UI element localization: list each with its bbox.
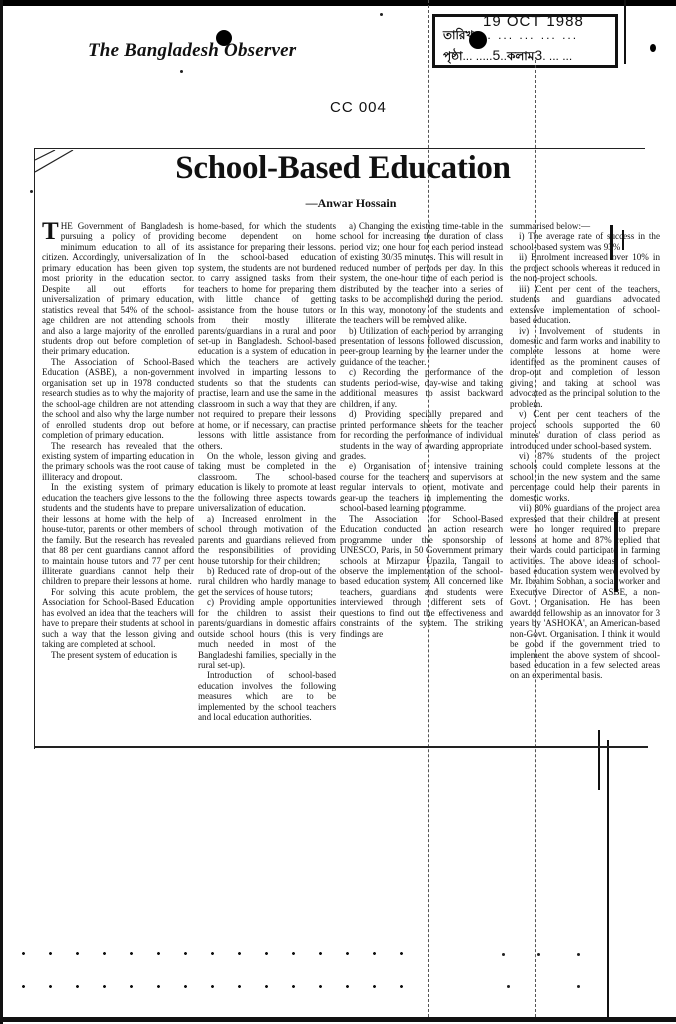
drop-cap: T xyxy=(42,222,59,242)
paragraph: THE Government of Bangladesh is pursuing… xyxy=(42,221,194,357)
paragraph: The Association for School-Based Educati… xyxy=(340,514,503,639)
scan-speck xyxy=(180,70,183,73)
reference-code: CC 004 xyxy=(330,99,387,116)
stamp-date: 19 OCT 1988 xyxy=(483,13,584,30)
paragraph: iv) Involvement of students in domestic … xyxy=(510,326,660,410)
article-title: School-Based Education xyxy=(0,150,676,187)
article-column-1: THE Government of Bangladesh is pursuing… xyxy=(42,221,194,660)
article-column-3: a) Changing the existing time-table in t… xyxy=(340,221,503,639)
scan-speck xyxy=(380,13,383,16)
paragraph: a) Changing the existing time-table in t… xyxy=(340,221,503,326)
paragraph: b) Utilization of each period by arrangi… xyxy=(340,326,503,368)
paragraph: In the existing system of primary educat… xyxy=(42,482,194,587)
paragraph: v) Cent per cent teachers of the project… xyxy=(510,409,660,451)
paragraph: d) Providing specially prepared and prin… xyxy=(340,409,503,461)
scan-speck xyxy=(577,953,580,956)
paragraph: The present system of education is xyxy=(42,650,194,660)
article-bottom-rule xyxy=(34,746,648,748)
scan-speck xyxy=(507,985,510,988)
scan-dot-row xyxy=(10,952,420,955)
scan-divider xyxy=(624,0,626,64)
paragraph: Introduction of school-based education i… xyxy=(198,670,336,722)
scan-divider xyxy=(607,740,609,1018)
paragraph: a) Increased enrolment in the school thr… xyxy=(198,514,336,566)
stamp-column-label: কলাম xyxy=(507,49,534,63)
paragraph: c) Recording the performance of the stud… xyxy=(340,367,503,409)
scan-top-edge xyxy=(0,0,676,6)
scan-dot-row xyxy=(10,985,420,988)
paragraph: vii) 80% guardians of the project area e… xyxy=(510,503,660,681)
scan-speck xyxy=(650,44,656,52)
paragraph: c) Providing ample opportunities for the… xyxy=(198,597,336,670)
stamp-page-label: পৃষ্ঠা xyxy=(443,49,462,63)
scan-bottom-edge xyxy=(0,1017,676,1022)
paragraph: b) Reduced rate of drop-out of the rural… xyxy=(198,566,336,597)
archive-stamp: তারিখ ... ... ... ... ... 19 OCT 1988 পৃ… xyxy=(432,14,618,68)
scan-speck xyxy=(502,953,505,956)
paragraph: The research has revealed that the exist… xyxy=(42,441,194,483)
paragraph: e) Organisation of intensive training co… xyxy=(340,461,503,513)
paragraph: On the whole, lesson giving and taking m… xyxy=(198,451,336,514)
scan-speck xyxy=(577,985,580,988)
scan-speck xyxy=(30,190,33,193)
punch-hole-icon xyxy=(216,30,232,46)
article-column-4: summarised below:— i) The average rate o… xyxy=(510,221,660,681)
paragraph: summarised below:— xyxy=(510,221,660,231)
paragraph: i) The average rate of success in the sc… xyxy=(510,231,660,252)
paragraph: iii) Cent per cent of the teachers, stud… xyxy=(510,284,660,326)
paragraph: The Association of School-Based Educatio… xyxy=(42,357,194,441)
scan-speck xyxy=(537,953,540,956)
article-byline: —Anwar Hossain xyxy=(0,196,676,211)
newspaper-masthead: The Bangladesh Observer xyxy=(88,40,296,62)
paragraph: For solving this acute problem, the Asso… xyxy=(42,587,194,650)
paragraph: vi) 87% students of the project schools … xyxy=(510,451,660,503)
paragraph: home-based, for which the students becom… xyxy=(198,221,336,451)
paragraph: ii) Enrolment increased over 10% in the … xyxy=(510,252,660,283)
article-column-2: home-based, for which the students becom… xyxy=(198,221,336,723)
